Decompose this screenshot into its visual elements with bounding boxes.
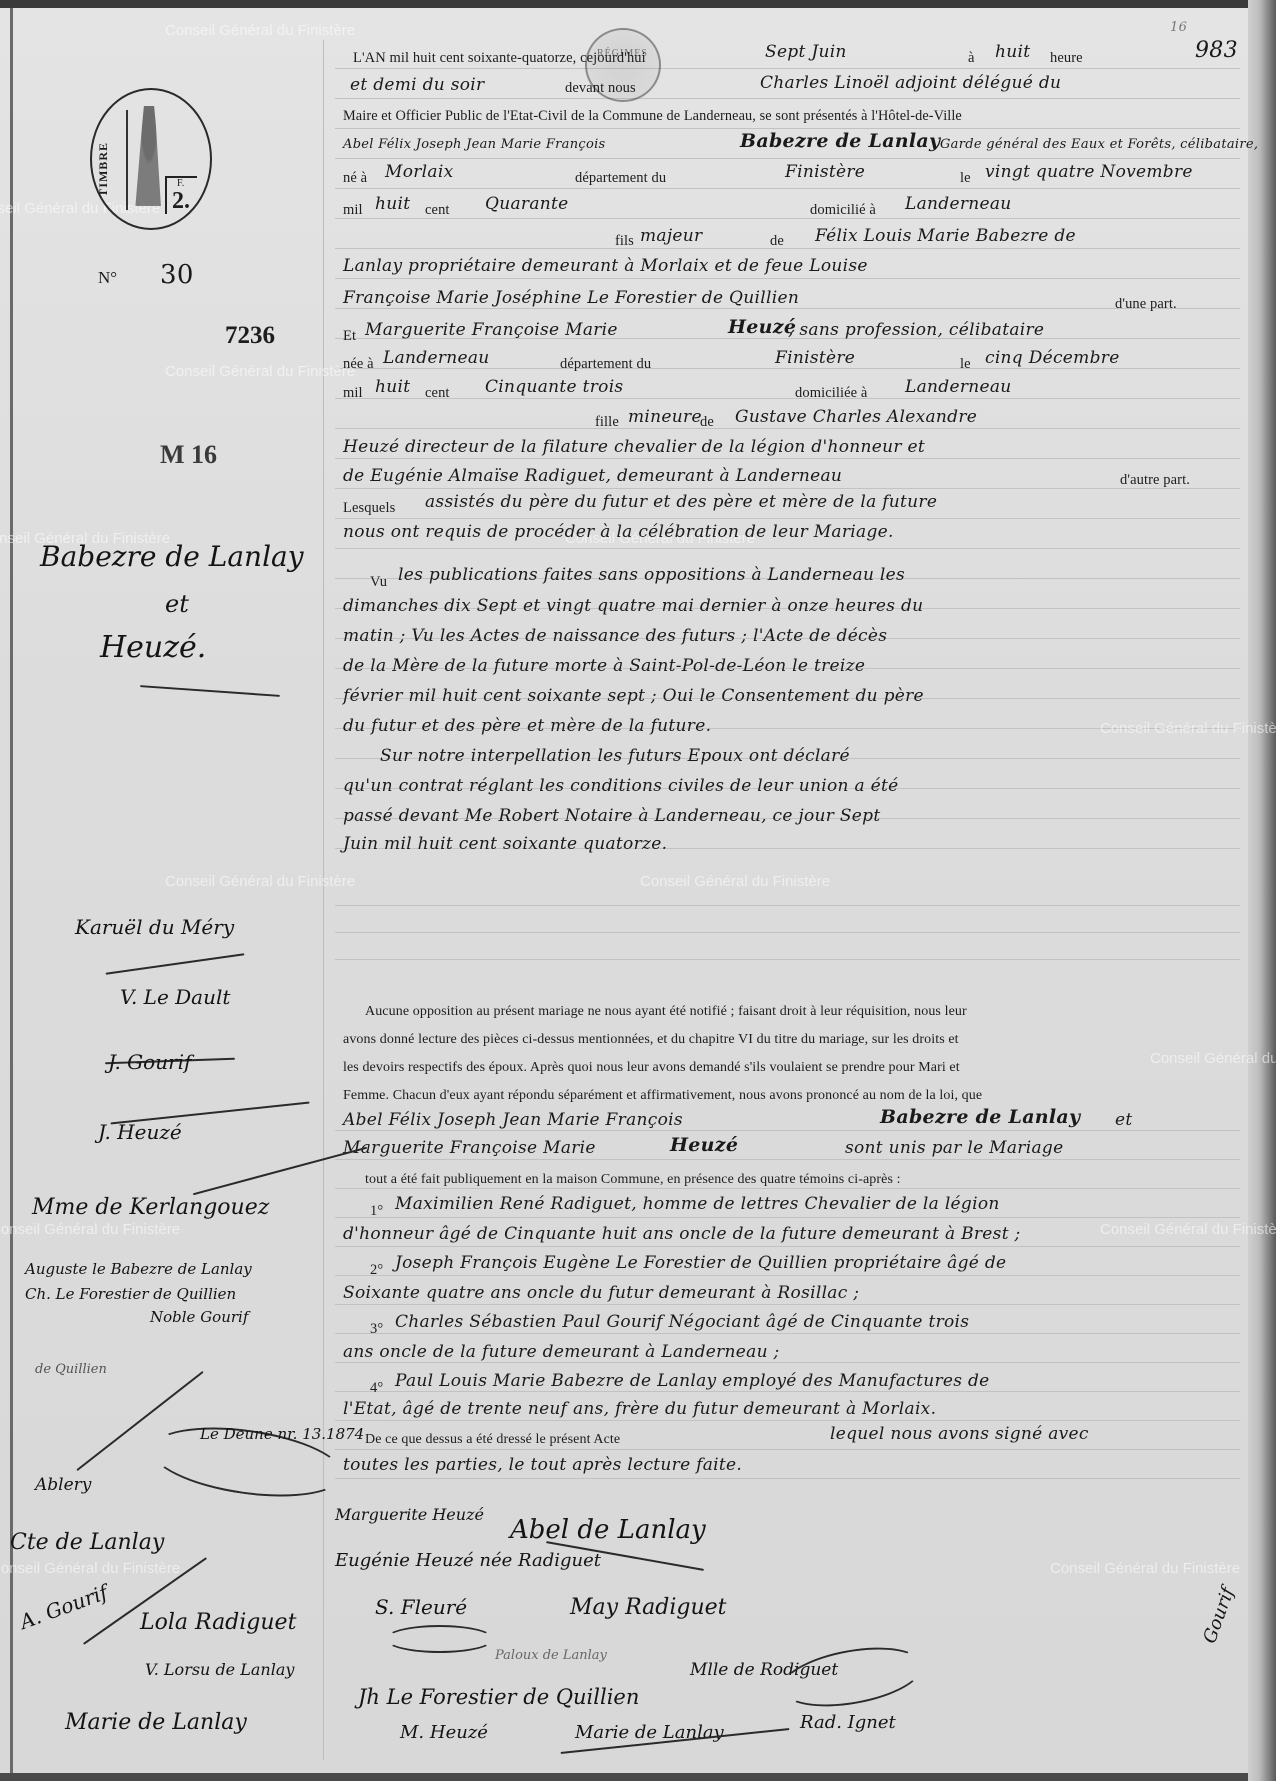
ruled-line [335,458,1240,459]
form-nee-a: née à [343,356,374,373]
ruled-line [335,308,1240,309]
closing-line-2: avons donné lecture des pièces ci-dessus… [343,1032,959,1048]
watermark: Conseil Général du Finistère [1050,1560,1240,1577]
form-une-part: d'une part. [1115,296,1177,313]
closing-line-3: les devoirs respectifs des époux. Après … [343,1060,960,1076]
page-number: 16 [1170,20,1187,35]
bride-birth-date: cinq Décembre [985,348,1120,368]
vu-line-1: les publications faites sans oppositions… [398,565,905,585]
form-mil: mil [343,202,363,219]
watermark: Conseil Général du Finistère [0,1221,180,1238]
form-fille: fille [595,414,619,431]
ruled-line [335,398,1240,399]
hour-rest: et demi du soir [350,75,484,95]
spouses-and: et [1115,1110,1133,1130]
spear-icon [126,110,128,210]
groom-birthplace: Morlaix [385,162,453,182]
form-le-2: le [960,356,971,373]
ruled-line [335,248,1240,249]
ruled-line [335,932,1240,933]
watermark: Conseil Général du Finistère [165,873,355,890]
form-vu: Vu [370,574,387,591]
contract-line-2: qu'un contrat réglant les conditions civ… [343,776,898,796]
signature: A. Gourif [17,1580,111,1634]
ruled-line [335,959,1240,960]
book-spine-shadow [1248,0,1276,1781]
watermark: Conseil Général du Finistère [1150,1050,1276,1067]
groom-birth-year-1: huit [375,194,410,214]
ruled-line [335,1246,1240,1247]
groom-last-name: Babezre de Lanlay [740,130,940,152]
signature: Eugénie Heuzé née Radiguet [335,1550,601,1571]
reference-number: 7236 [225,322,275,350]
signature: Lola Radiguet [140,1610,296,1635]
ruled-line [335,368,1240,369]
bride-department: Finistère [775,348,855,368]
groom-birth-year-2: Quarante [485,194,569,214]
form-et: Et [343,328,356,345]
signature: V. Lorsu de Lanlay [145,1660,294,1679]
stamp-value: 2. [172,188,190,215]
ruled-line [335,1217,1240,1218]
ruled-line [335,1333,1240,1334]
signature: May Radiguet [570,1595,726,1620]
signature: Mme de Kerlangouez [32,1195,269,1220]
spouses-united: sont unis par le Mariage [845,1138,1063,1158]
ruled-line [335,1130,1240,1131]
form-line-1: L'AN mil huit cent soixante-quatorze, ce… [353,50,646,67]
margin-rule [10,8,13,1773]
spouses-groom-last: Babezre de Lanlay [880,1106,1080,1128]
vu-line-5: février mil huit cent soixante sept ; Ou… [343,686,924,706]
lesquels-text: assistés du père du futur et des père et… [425,492,937,512]
form-mil-2: mil [343,385,363,402]
witness-1-cont: d'honneur âgé de Cinquante huit ans oncl… [343,1224,1021,1244]
groom-majeur: majeur [640,226,702,246]
form-autre-part: d'autre part. [1120,472,1190,489]
contract-line-4: Juin mil huit cent soixante quatorze. [343,834,667,854]
act-number: 30 [160,260,194,290]
signature: Karuël du Méry [75,915,234,939]
witness-1: Maximilien René Radiguet, homme de lettr… [395,1194,1000,1214]
signature: Marie de Lanlay [65,1710,247,1735]
signature: V. Le Dault [120,985,230,1009]
bride-birth-year-1: huit [375,377,410,397]
ruled-line [335,428,1240,429]
signature-groom: Abel de Lanlay [510,1515,706,1545]
signature-bride: Marguerite Heuzé [335,1505,484,1524]
form-departement: département du [575,170,666,187]
bride-father-cont: Heuzé directeur de la filature chevalier… [343,437,925,457]
spouses-bride-first: Marguerite Françoise Marie [343,1138,596,1158]
form-domicilie: domicilié à [810,202,876,219]
form-de-2: de [700,414,714,431]
ruled-line [335,1188,1240,1189]
register-page: Conseil Général du Finistère Conseil Gén… [0,0,1276,1781]
column-rule [323,40,324,1760]
vu-line-4: de la Mère de la future morte à Saint-Po… [343,656,865,676]
stamp-label: TIMBRE [96,142,111,197]
form-cent: cent [425,202,450,219]
form-fils: fils [615,233,634,250]
hour: huit [995,42,1030,62]
signature: Rad. Ignet [800,1712,896,1733]
bride-first-names: Marguerite Françoise Marie [365,320,618,340]
lesquels-text-2: nous ont requis de procéder à la célébra… [343,522,894,542]
ruled-line [335,278,1240,279]
folio-number: 983 [1195,38,1238,63]
signature: M. Heuzé [400,1722,488,1743]
margin-names-bride: Heuzé. [100,630,206,665]
signature: S. Fleuré [375,1595,467,1619]
signature: Auguste le Babezre de Lanlay [25,1260,252,1278]
groom-first-names: Abel Félix Joseph Jean Marie François [343,137,606,152]
form-devant-nous: devant nous [565,80,636,97]
signature: Ch. Le Forestier de Quillien [25,1285,236,1303]
justice-figure-icon [132,106,166,206]
spouses-groom-first: Abel Félix Joseph Jean Marie François [343,1110,683,1130]
groom-occupation: Garde général des Eaux et Forêts, céliba… [940,137,1258,152]
witness-4-cont: l'Etat, âgé de trente neuf ans, frère du… [343,1399,936,1419]
spouses-bride-last: Heuzé [670,1134,738,1156]
form-le: le [960,170,971,187]
closing-signed-2: toutes les parties, le tout après lectur… [343,1455,742,1475]
form-heure: heure [1050,50,1083,67]
ruled-line [335,1304,1240,1305]
ruled-line [335,1391,1240,1392]
signature: Jh Le Forestier de Quillien [358,1685,639,1709]
witness-2: Joseph François Eugène Le Forestier de Q… [395,1253,1006,1273]
watermark: Conseil Général du Finistère [0,1560,180,1577]
closing-line-4: Femme. Chacun d'eux ayant répondu séparé… [343,1088,982,1104]
ruled-line [335,188,1240,189]
witness-3-cont: ans oncle de la future demeurant à Lande… [343,1342,780,1362]
form-line-3: Maire et Officier Public de l'Etat-Civil… [343,108,962,125]
form-de: de [770,233,784,250]
witness-4-num: 4° [370,1380,383,1397]
watermark: Conseil Général du Finistère [165,22,355,39]
tax-stamp: TIMBRE F. 2. [90,88,212,230]
signature: Cte de Lanlay [10,1530,164,1555]
page-bottom-edge [0,1773,1276,1781]
watermark: Conseil Général du Finistère [1100,1221,1276,1238]
bride-birth-year-2: Cinquante trois [485,377,623,397]
form-de-quoi: De ce que dessus a été dressé le présent… [365,1432,620,1448]
ruled-line [335,1478,1240,1479]
signature: Le Deune nr. 13.1874 [200,1425,364,1443]
witness-1-num: 1° [370,1203,383,1220]
groom-department: Finistère [785,162,865,182]
form-departement-2: département du [560,356,651,373]
form-cent-2: cent [425,385,450,402]
form-domiciliee: domiciliée à [795,385,867,402]
page-top-edge [0,0,1276,8]
signature: J. Heuzé [98,1120,182,1144]
groom-birth-date: vingt quatre Novembre [985,162,1193,182]
margin-names-connector: et [165,590,189,618]
signature: Ablery [35,1475,91,1495]
watermark: Conseil Général du Finistère [1100,720,1276,737]
flourish-loop [385,1625,494,1653]
form-a: à [968,50,975,67]
margin-names-groom: Babezre de Lanlay [40,540,304,573]
bride-father: Gustave Charles Alexandre [735,407,977,427]
signature: Noble Gourif [150,1308,248,1326]
bride-mineure: mineure [628,407,702,427]
groom-father-cont: Lanlay propriétaire demeurant à Morlaix … [343,256,868,276]
flourish-line [106,953,245,974]
ruled-line [335,1275,1240,1276]
groom-father: Félix Louis Marie Babezre de [815,226,1076,246]
witness-2-cont: Soixante quatre ans oncle du futur demeu… [343,1283,859,1303]
signature: de Quillien [35,1362,107,1377]
witness-3-num: 3° [370,1321,383,1338]
watermark: Conseil Général du Finistère [640,873,830,890]
form-lesquels: Lesquels [343,500,395,517]
ruled-line [335,1449,1240,1450]
ruled-line [335,1420,1240,1421]
closing-signed: lequel nous avons signé avec [830,1424,1089,1444]
contract-line-3: passé devant Me Robert Notaire à Landern… [343,806,880,826]
witness-2-num: 2° [370,1262,383,1279]
groom-mother: Françoise Marie Joséphine Le Forestier d… [343,288,799,308]
date-day: Sept Juin [765,42,847,62]
signature: J. Gourif [108,1050,191,1074]
vu-line-2: dimanches dix Sept et vingt quatre mai d… [343,596,923,616]
closing-line-1: Aucune opposition au présent mariage ne … [365,1004,967,1020]
ruled-line [335,98,1240,99]
bride-domicile: Landerneau [905,377,1012,397]
form-tout: tout a été fait publiquement en la maiso… [365,1172,901,1188]
form-ne-a: né à [343,170,367,187]
witness-4: Paul Louis Marie Babezre de Lanlay emplo… [395,1371,990,1391]
ruled-line [335,488,1240,489]
watermark: Conseil Général du Finistère [165,363,355,380]
officer: Charles Linoël adjoint délégué du [760,73,1061,93]
vu-line-3: matin ; Vu les Actes de naissance des fu… [343,626,887,646]
bride-birthplace: Landerneau [383,348,490,368]
bride-mother: de Eugénie Almaïse Radiguet, demeurant à… [343,466,842,486]
signature: Marie de Lanlay [575,1722,724,1743]
witness-3: Charles Sébastien Paul Gourif Négociant … [395,1312,969,1332]
ruled-line [335,548,1240,549]
act-number-label: N° [98,268,117,288]
signature: Paloux de Lanlay [495,1648,607,1663]
ruled-line [335,518,1240,519]
ruled-line [335,905,1240,906]
ruled-line [335,1362,1240,1363]
groom-domicile: Landerneau [905,194,1012,214]
ruled-line [335,158,1240,159]
ruled-line [335,128,1240,129]
ruled-line [335,68,1240,69]
flourish-line [140,685,280,697]
ruled-line [335,1159,1240,1160]
flourish-loop [776,1638,927,1716]
margin-mention: M 16 [160,440,217,470]
contract-line-1: Sur notre interpellation les futurs Epou… [380,746,850,766]
ruled-line [335,218,1240,219]
signature: Gourif [1199,1585,1239,1647]
vu-line-6: du futur et des père et mère de la futur… [343,716,711,736]
bride-occupation: , sans profession, célibataire [788,320,1044,340]
bride-last-name: Heuzé [728,316,796,338]
